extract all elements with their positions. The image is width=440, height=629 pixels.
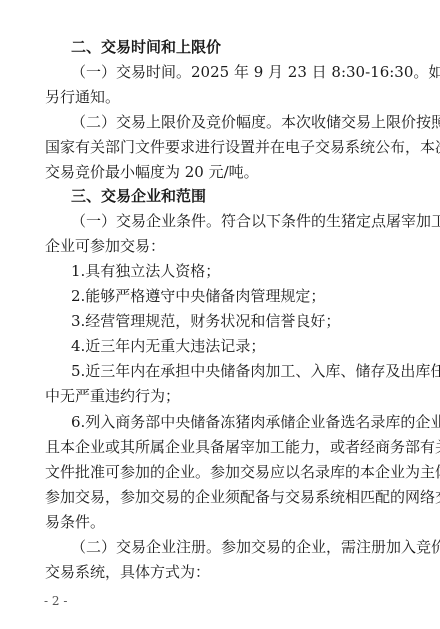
list-item: 6.列入商务部中央储备冻猪肉承储企业备选名录库的企业	[71, 410, 407, 435]
paragraph-line: 交易竞价最小幅度为 20 元/吨。	[45, 160, 407, 185]
paragraph-line: 企业可参加交易：	[45, 234, 407, 259]
section-heading-enterprises: 三、交易企业和范围	[71, 184, 407, 209]
section-heading-trading-time: 二、交易时间和上限价	[71, 35, 407, 60]
list-item: 1.具有独立法人资格；	[71, 259, 407, 284]
paragraph-line: （二）交易企业注册。参加交易的企业，需注册加入竞价	[71, 535, 407, 560]
paragraph-line: 中无严重违约行为；	[45, 384, 407, 409]
paragraph-line: 交易系统，具体方式为：	[45, 560, 407, 585]
paragraph-line: 国家有关部门文件要求进行设置并在电子交易系统公布，本次	[45, 135, 407, 160]
list-item: 2.能够严格遵守中央储备肉管理规定；	[71, 284, 407, 309]
paragraph-line: 易条件。	[45, 510, 407, 535]
list-item: 4.近三年内无重大违法记录；	[71, 334, 407, 359]
paragraph-line: 且本企业或其所属企业具备屠宰加工能力，或者经商务部有关	[45, 435, 407, 460]
paragraph-line: 参加交易，参加交易的企业须配备与交易系统相匹配的网络交	[45, 485, 407, 510]
paragraph-line: （一）交易企业条件。符合以下条件的生猪定点屠宰加工	[71, 209, 407, 234]
paragraph-line: 另行通知。	[45, 85, 407, 110]
page-number: - 2 -	[44, 594, 67, 608]
document-page: 二、交易时间和上限价 （一）交易时间。2025 年 9 月 23 日 8:30-…	[0, 0, 440, 629]
list-item: 5.近三年内在承担中央储备肉加工、入库、储存及出库任务	[71, 359, 407, 384]
paragraph-line: 文件批准可参加的企业。参加交易应以名录库的本企业为主体	[45, 460, 407, 485]
paragraph-line: （二）交易上限价及竞价幅度。本次收储交易上限价按照	[71, 110, 407, 135]
paragraph-line: （一）交易时间。2025 年 9 月 23 日 8:30-16:30。如有变化，	[71, 60, 407, 85]
list-item: 3.经营管理规范，财务状况和信誉良好；	[71, 309, 407, 334]
